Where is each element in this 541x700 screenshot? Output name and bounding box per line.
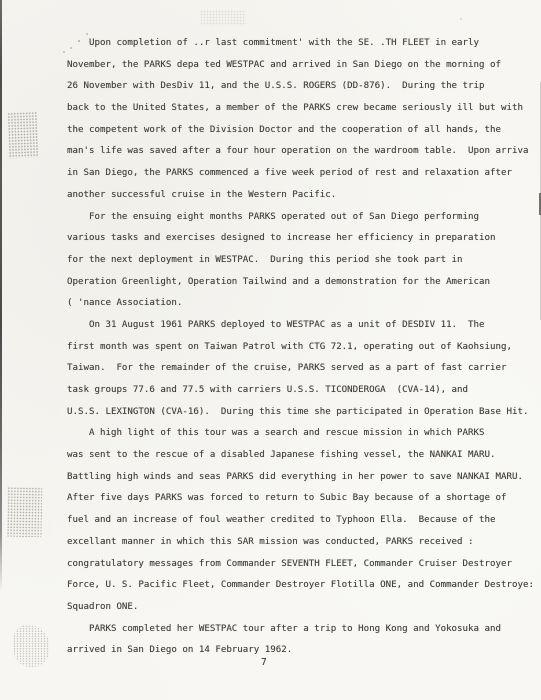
margin-smudge-middle bbox=[7, 487, 43, 538]
document-line: the competent work of the Division Docto… bbox=[67, 120, 541, 142]
document-line: fuel and an increase of foul weather cre… bbox=[67, 510, 541, 532]
document-line: After five days PARKS was forced to retu… bbox=[67, 488, 541, 510]
document-line: arrived in San Diego on 14 February 1962… bbox=[67, 640, 541, 662]
document-line: first month was spent on Taiwan Patrol w… bbox=[67, 337, 541, 359]
ink-speck bbox=[63, 51, 65, 53]
document-line: congratulatory messages from Commander S… bbox=[67, 554, 541, 576]
document-line: excellant manner in which this SAR missi… bbox=[67, 532, 541, 554]
margin-smudge-top bbox=[7, 111, 39, 158]
document-line: back to the United States, a member of t… bbox=[67, 98, 541, 120]
document-line: November, the PARKS depa ted WESTPAC and… bbox=[67, 55, 541, 77]
document-line: various tasks and exercises designed to … bbox=[67, 228, 541, 250]
scanned-document-page: { "page": { "number": "7", "lines": [ " … bbox=[0, 0, 541, 700]
document-line: Taiwan. For the remainder of the cruise,… bbox=[67, 358, 541, 380]
document-line: Operation Greenlight, Operation Tailwind… bbox=[67, 272, 541, 294]
document-line: was sent to the rescue of a disabled Jap… bbox=[67, 445, 541, 467]
left-edge-scan-line bbox=[0, 0, 2, 592]
page-text: Upon completion of ..r last commitment' … bbox=[67, 33, 541, 662]
document-line: On 31 August 1961 PARKS deployed to WEST… bbox=[67, 315, 541, 337]
document-line: Battling high winds and seas PARKS did e… bbox=[67, 467, 541, 489]
document-line: for the next deployment in WESTPAC. Duri… bbox=[67, 250, 541, 272]
document-line: 26 November with DesDiv 11, and the U.S.… bbox=[67, 76, 541, 98]
page-number: 7 bbox=[261, 657, 267, 668]
document-line: ( 'nance Association. bbox=[67, 293, 541, 315]
top-center-smudge bbox=[200, 10, 246, 26]
document-line: Squadron ONE. bbox=[67, 597, 541, 619]
document-line: in San Diego, the PARKS commenced a five… bbox=[67, 163, 541, 185]
margin-smudge-bottom bbox=[13, 625, 50, 667]
document-line: task groups 77.6 and 77.5 with carriers … bbox=[67, 380, 541, 402]
document-line: Upon completion of ..r last commitment' … bbox=[67, 33, 541, 55]
document-line: PARKS completed her WESTPAC tour after a… bbox=[67, 619, 541, 641]
document-line: man's life was saved after a four hour o… bbox=[67, 141, 541, 163]
document-line: For the ensuing eight months PARKS opera… bbox=[67, 207, 541, 229]
document-line: Force, U. S. Pacific Fleet, Commander De… bbox=[67, 575, 541, 597]
ink-speck bbox=[460, 18, 462, 20]
document-line: another successful cruise in the Western… bbox=[67, 185, 541, 207]
document-line: U.S.S. LEXINGTON (CVA-16). During this t… bbox=[67, 402, 541, 424]
document-line: A high light of this tour was a search a… bbox=[67, 423, 541, 445]
